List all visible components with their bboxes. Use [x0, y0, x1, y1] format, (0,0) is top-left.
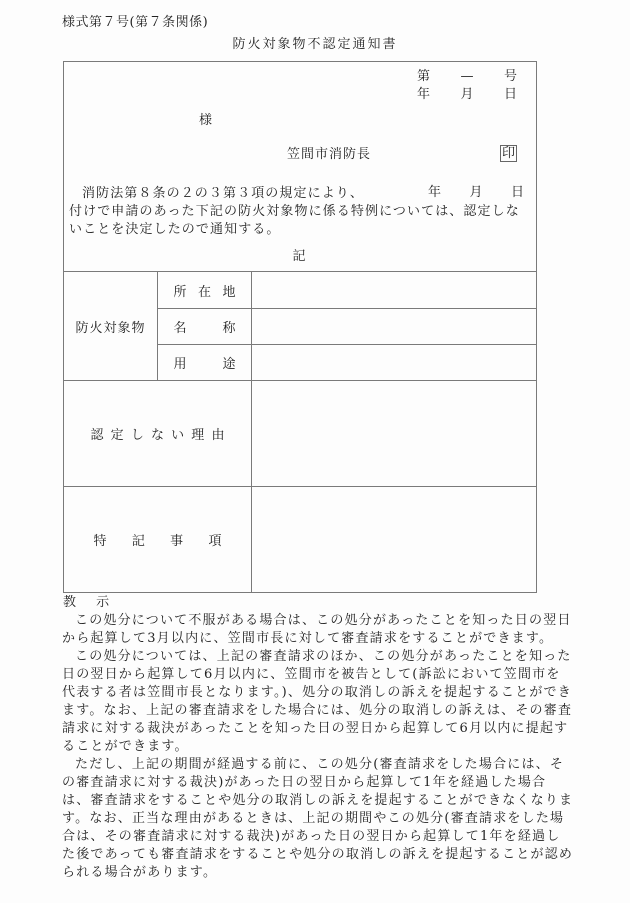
ki-heading: 記	[0, 249, 598, 265]
seal-mark: 印	[500, 146, 517, 162]
issue-date-line: 年 月 日	[417, 87, 517, 103]
number-suffix: 号	[504, 69, 517, 85]
body-line-2: 付けで申請のあった下記の防火対象物に係る特例については、認定しな	[69, 203, 529, 220]
body-line-3: いことを決定したので通知する。	[69, 221, 529, 238]
addressee-suffix: 様	[199, 113, 212, 129]
seal-icon: 印	[500, 145, 517, 162]
name-label: 名 称	[158, 309, 251, 344]
remarks-field[interactable]	[252, 487, 535, 592]
location-field[interactable]	[252, 272, 535, 308]
name-field[interactable]	[252, 309, 535, 344]
application-date: 年 月 日	[428, 185, 524, 201]
document-title: 防火対象物不認定通知書	[0, 37, 630, 53]
reason-field[interactable]	[252, 381, 535, 486]
remarks-label: 特 記 事 項	[64, 487, 251, 592]
fire-target-label: 防火対象物	[64, 272, 157, 380]
notice-paragraph-3: ただし、上記の期間が経過する前に、この処分(審査請求をした場合には、その審査請求…	[62, 756, 574, 882]
number-blank-dash: —	[461, 69, 474, 85]
usage-label: 用 途	[158, 345, 251, 380]
form-number: 様式第７号(第７条関係)	[62, 15, 208, 31]
notice-paragraph-1: この処分について不服がある場合は、この処分があったことを知った日の翌日から起算し…	[62, 612, 574, 648]
notice-heading: 教 示	[63, 595, 117, 611]
date-month: 月	[460, 87, 473, 103]
usage-field[interactable]	[252, 345, 535, 380]
document-number-line: 第 — 号	[417, 69, 517, 85]
notice-paragraph-2: この処分については、上記の審査請求のほか、この処分があったことを知った日の翌日か…	[62, 648, 574, 756]
date-year: 年	[417, 87, 430, 103]
number-prefix: 第	[417, 69, 430, 85]
date-day: 日	[504, 87, 517, 103]
reason-label: 認 定 し な い 理 由	[64, 381, 251, 486]
issuer-name: 笠間市消防長	[287, 147, 371, 163]
location-label: 所 在 地	[158, 272, 251, 308]
